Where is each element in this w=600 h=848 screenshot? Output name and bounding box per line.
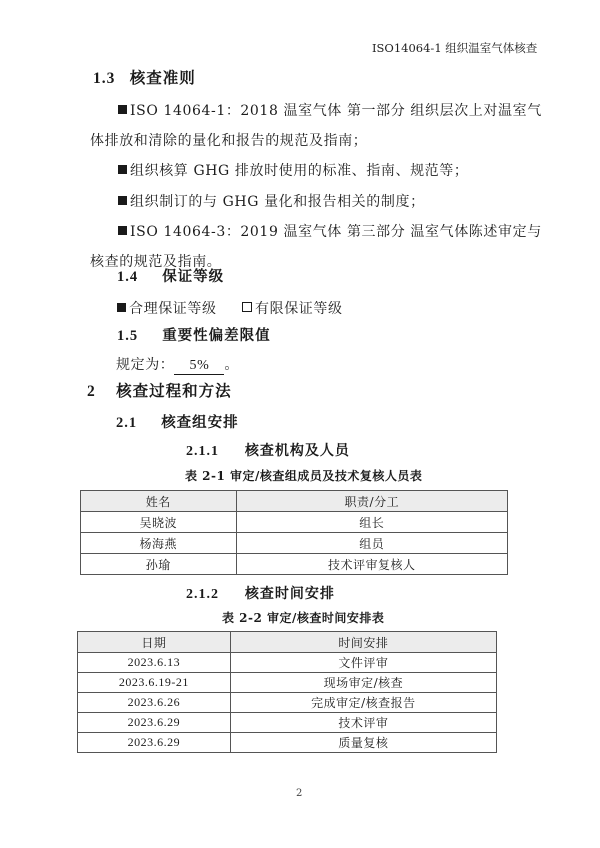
criteria-item-2: 组织核算 GHG 排放时使用的标准、指南、规范等； (118, 160, 468, 180)
column-header-date: 日期 (78, 632, 231, 653)
column-header-schedule: 时间安排 (230, 632, 496, 653)
table-header-row: 姓名 职责/分工 (81, 491, 508, 512)
table-row: 孙瑜 技术评审复核人 (81, 554, 508, 575)
materiality-threshold: 规定为：5%。 (116, 354, 239, 375)
table-row: 2023.6.26 完成审定/核查报告 (78, 693, 497, 713)
section-number: 1.3 (93, 70, 115, 88)
criteria-item-3: 组织制订的与 GHG 量化和报告相关的制度； (118, 191, 425, 211)
section-1-3-heading: 1.3 核查准则 (93, 66, 196, 88)
section-title: 核查准则 (130, 68, 196, 87)
filled-square-bullet-icon (118, 226, 127, 235)
criteria-item-1-line1: ISO 14064-1：2018 温室气体 第一部分 组织层次上对温室气 (118, 100, 542, 120)
schedule-table: 日期 时间安排 2023.6.13 文件评审 2023.6.19-21 现场审定… (77, 631, 497, 753)
staff-table: 姓名 职责/分工 吴晓波 组长 杨海燕 组员 孙瑜 技术评审复核人 (80, 490, 508, 575)
table-row: 杨海燕 组员 (81, 533, 508, 554)
section-2-1-2-heading: 2.1.2 核查时间安排 (186, 583, 335, 603)
section-2-heading: 2 核查过程和方法 (87, 379, 232, 401)
filled-square-bullet-icon (118, 165, 127, 174)
column-header-name: 姓名 (81, 491, 237, 512)
filled-square-bullet-icon (118, 196, 127, 205)
criteria-item-4-line1: ISO 14064-3：2019 温室气体 第三部分 温室气体陈述审定与 (118, 221, 542, 241)
section-1-5-heading: 1.5 重要性偏差限值 (117, 324, 271, 345)
page-number: 2 (296, 788, 302, 799)
criteria-item-1-line2: 体排放和清除的量化和报告的规范及指南； (90, 130, 367, 150)
table-row: 2023.6.19-21 现场审定/核查 (78, 673, 497, 693)
section-2-1-1-heading: 2.1.1 核查机构及人员 (186, 440, 350, 460)
section-1-4-heading: 1.4 保证等级 (117, 265, 224, 286)
section-2-1-heading: 2.1 核查组安排 (116, 411, 239, 432)
assurance-option-limited[interactable]: 有限保证等级 (242, 298, 343, 318)
table-row: 2023.6.13 文件评审 (78, 653, 497, 673)
table-row: 2023.6.29 技术评审 (78, 713, 497, 733)
running-header: ISO14064-1 组织温室气体核查 (372, 40, 537, 56)
checked-box-icon (117, 303, 126, 312)
column-header-role: 职责/分工 (236, 491, 507, 512)
table-header-row: 日期 时间安排 (78, 632, 497, 653)
table-row: 吴晓波 组长 (81, 512, 508, 533)
unchecked-box-icon (242, 302, 252, 312)
table-row: 2023.6.29 质量复核 (78, 733, 497, 753)
materiality-value: 5% (174, 358, 224, 375)
table-2-2-caption: 表 2-2 审定/核查时间安排表 (222, 609, 384, 626)
filled-square-bullet-icon (118, 105, 127, 114)
assurance-option-reasonable[interactable]: 合理保证等级 (117, 298, 217, 318)
table-2-1-caption: 表 2-1 审定/核查组成员及技术复核人员表 (185, 467, 422, 484)
